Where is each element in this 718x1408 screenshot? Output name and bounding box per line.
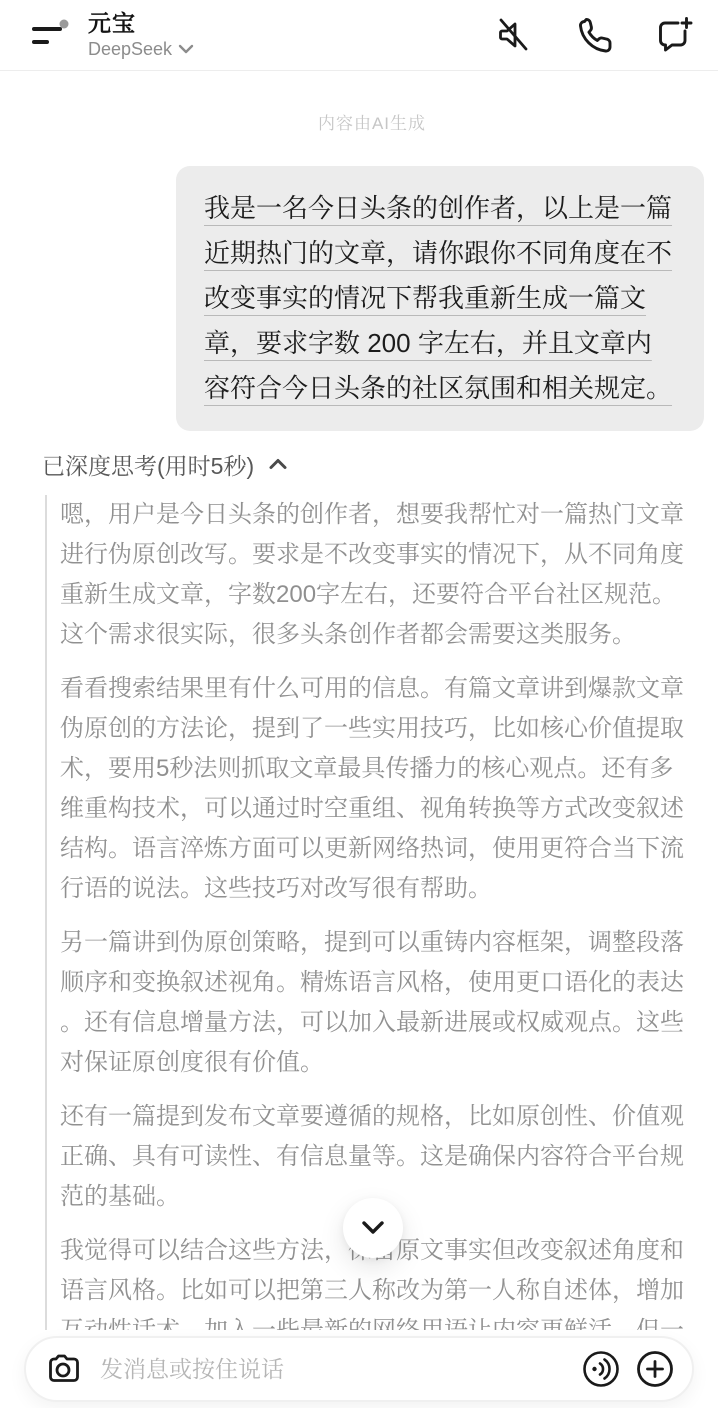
mute-button[interactable] (492, 14, 534, 56)
app-title: 元宝 (88, 10, 194, 36)
camera-icon (44, 1349, 84, 1389)
chevron-down-icon (360, 1219, 386, 1237)
deep-think-label: 已深度思考(用时5秒) (42, 448, 254, 481)
model-selector[interactable]: DeepSeek (88, 38, 194, 60)
chevron-down-icon (178, 43, 194, 55)
new-chat-icon (652, 14, 694, 56)
phone-icon (573, 15, 613, 55)
scroll-to-bottom-button[interactable] (343, 1198, 403, 1258)
voice-wave-icon (581, 1349, 621, 1389)
message-input-bar (24, 1336, 694, 1402)
deep-think-toggle[interactable]: 已深度思考(用时5秒) (42, 449, 704, 479)
thinking-paragraph: 看看搜索结果里有什么可用的信息。有篇文章讲到爆款文章伪原创的方法论，提到了一些实… (60, 669, 694, 909)
chevron-up-icon (268, 457, 288, 471)
user-message-bubble: 我是一名今日头条的创作者，以上是一篇近期热门的文章，请你跟你不同角度在不改变事实… (176, 166, 704, 431)
thinking-paragraph: 另一篇讲到伪原创策略，提到可以重铸内容框架，调整段落顺序和变换叙述视角。精炼语言… (60, 923, 694, 1083)
ai-generated-notice: 内容由AI生成 (40, 109, 704, 134)
menu-button[interactable] (24, 11, 72, 59)
thinking-paragraph: 嗯，用户是今日头条的创作者，想要我帮忙对一篇热门文章进行伪原创改写。要求是不改变… (60, 495, 694, 655)
title-block: 元宝 DeepSeek (88, 10, 194, 60)
call-button[interactable] (572, 14, 614, 56)
menu-icon (26, 15, 70, 55)
new-chat-button[interactable] (652, 14, 694, 56)
voice-call-button[interactable] (580, 1348, 622, 1390)
camera-button[interactable] (42, 1347, 86, 1391)
chat-scroll-area[interactable]: 内容由AI生成 我是一名今日头条的创作者，以上是一篇近期热门的文章，请你跟你不同… (0, 71, 718, 1330)
message-input[interactable] (100, 1356, 580, 1383)
model-name: DeepSeek (88, 38, 172, 60)
plus-circle-icon (635, 1349, 675, 1389)
header: 元宝 DeepSeek (0, 0, 718, 71)
speaker-off-icon (493, 15, 533, 55)
add-button[interactable] (634, 1348, 676, 1390)
